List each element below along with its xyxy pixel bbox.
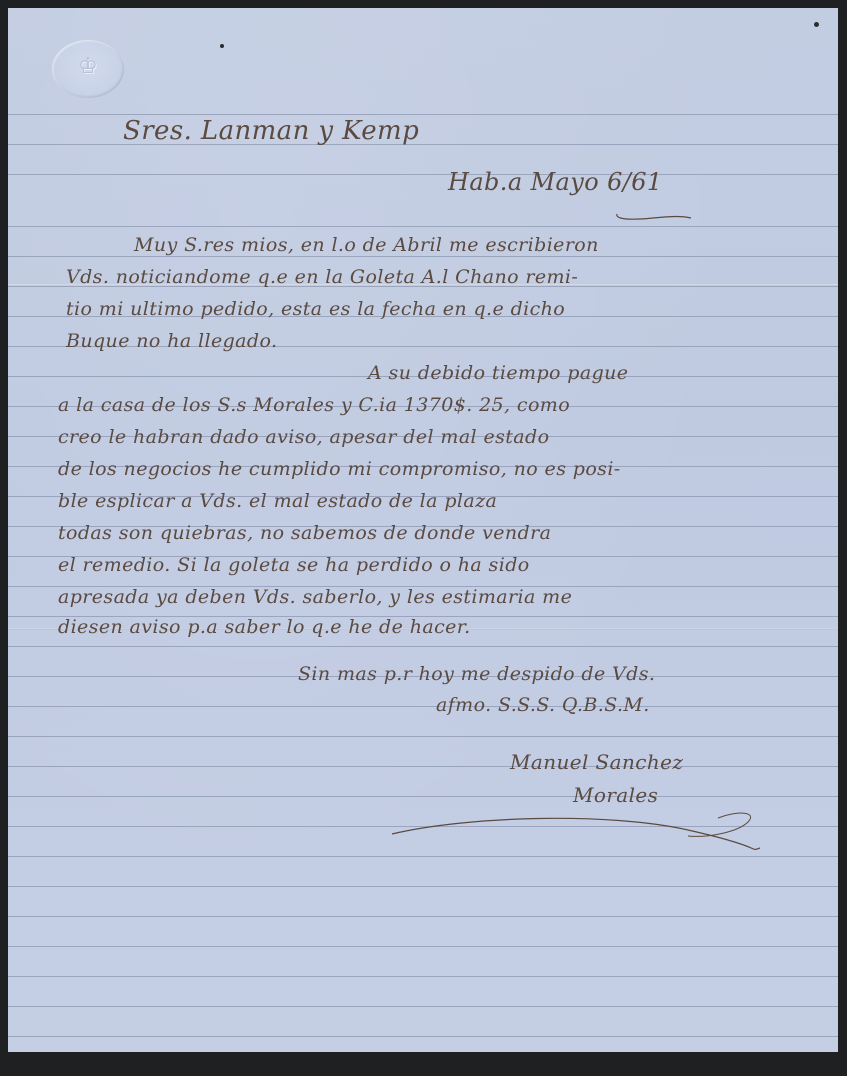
- signature-flourish: [388, 808, 768, 858]
- body-line: Buque no ha llegado.: [66, 330, 277, 352]
- body-line: de los negocios he cumplido mi compromis…: [58, 458, 621, 480]
- body-line: el remedio. Si la goleta se ha perdido o…: [58, 554, 530, 576]
- closing-line: Sin mas p.r hoy me despido de Vds.: [298, 663, 655, 685]
- body-line: Muy S.res mios, en l.o de Abril me escri…: [134, 234, 599, 256]
- signature-name: Manuel Sanchez: [510, 750, 683, 774]
- body-line: todas son quiebras, no sabemos de donde …: [58, 522, 551, 544]
- embossed-seal: ♔: [52, 40, 124, 98]
- paper-speck: [814, 22, 819, 27]
- dateline: Hab.a Mayo 6/61: [448, 168, 663, 196]
- paper-speck: [220, 44, 224, 48]
- letter-paper: ♔ Sres. Lanman y Kemp Hab.a Mayo 6/61 Mu…: [8, 8, 838, 1052]
- body-line: ble esplicar a Vds. el mal estado de la …: [58, 490, 497, 512]
- crown-icon: ♔: [78, 54, 98, 80]
- body-line: Vds. noticiandome q.e en la Goleta A.l C…: [66, 266, 578, 288]
- closing-line: afmo. S.S.S. Q.B.S.M.: [436, 694, 650, 716]
- signature-surname: Morales: [573, 783, 658, 807]
- scanned-letter: ♔ Sres. Lanman y Kemp Hab.a Mayo 6/61 Mu…: [0, 0, 847, 1076]
- body-line: creo le habran dado aviso, apesar del ma…: [58, 426, 549, 448]
- date-flourish: [613, 204, 693, 222]
- body-line: a la casa de los S.s Morales y C.ia 1370…: [58, 394, 570, 416]
- salutation: Sres. Lanman y Kemp: [123, 116, 419, 146]
- body-line: diesen aviso p.a saber lo q.e he de hace…: [58, 616, 471, 638]
- body-line: apresada ya deben Vds. saberlo, y les es…: [58, 586, 572, 608]
- body-line: tio mi ultimo pedido, esta es la fecha e…: [66, 298, 565, 320]
- body-line: A su debido tiempo pague: [368, 362, 628, 384]
